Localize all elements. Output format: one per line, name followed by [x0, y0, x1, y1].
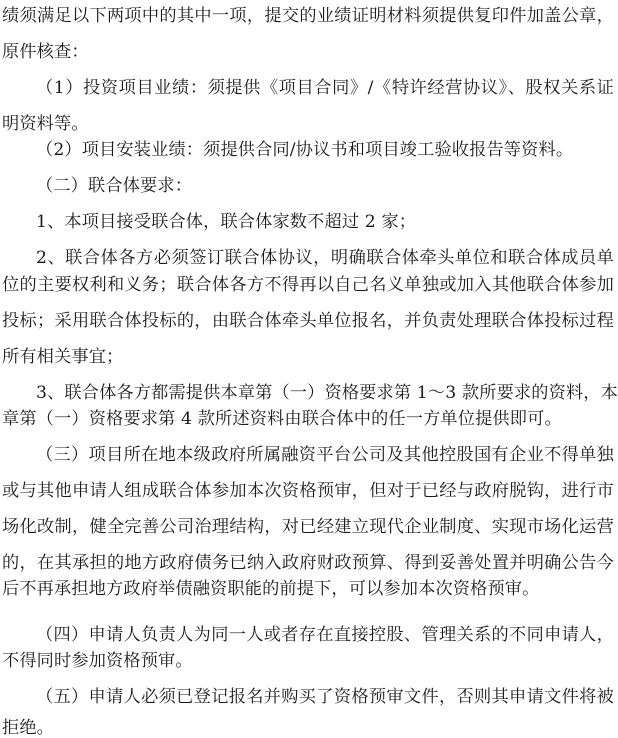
- text-line: 章第（一）资格要求第 4 款所述资料由联合体中的任一方单位提供即可。: [2, 409, 614, 429]
- text-line: （1）投资项目业绩：须提供《项目合同》/《特许经营协议》、股权关系证: [36, 78, 614, 98]
- text-line: （五）申请人必须已登记报名并购买了资格预审文件，否则其申请文件将被: [36, 687, 614, 707]
- text-line: 原件核查：: [2, 42, 614, 62]
- text-line: （2）项目安装业绩：须提供合同/协议书和项目竣工验收报告等资料。: [36, 140, 614, 160]
- text-line: 不得同时参加资格预审。: [2, 651, 614, 671]
- text-line: （四）申请人负责人为同一人或者存在直接控股、管理关系的不同申请人，: [36, 625, 614, 645]
- text-line: 所有相关事宜；: [2, 347, 614, 367]
- text-line: 绩须满足以下两项中的其中一项，提交的业绩证明材料须提供复印件加盖公章，: [2, 6, 614, 26]
- text-line: 场化改制，健全完善公司治理结构，对已经建立现代企业制度、实现市场化运营: [2, 517, 614, 537]
- text-line: 投标；采用联合体投标的，由联合体牵头单位报名，并负责处理联合体投标过程: [2, 311, 614, 331]
- text-line: 3、联合体各方都需提供本章第（一）资格要求第 1～3 款所要求的资料，本: [36, 383, 614, 403]
- text-line: 的，在其承担的地方政府债务已纳入政府财政预算、得到妥善处置并明确公告今: [2, 553, 614, 573]
- section-heading: （二）联合体要求：: [36, 176, 614, 196]
- document-page: 绩须满足以下两项中的其中一项，提交的业绩证明材料须提供复印件加盖公章， 原件核查…: [0, 0, 618, 738]
- text-line: 或与其他申请人组成联合体参加本次资格预审，但对于已经与政府脱钩，进行市: [2, 481, 614, 501]
- text-line: 位的主要权利和义务；联合体各方不得再以自己名义单独或加入其他联合体参加: [2, 275, 614, 295]
- text-line: 1、本项目接受联合体，联合体家数不超过 2 家；: [36, 212, 614, 232]
- text-line: 拒绝。: [2, 718, 614, 738]
- text-line: 明资料等。: [2, 114, 614, 134]
- text-line: 后不再承担地方政府举债融资职能的前提下，可以参加本次资格预审。: [2, 579, 614, 599]
- text-line: 2、联合体各方必须签订联合体协议，明确联合体牵头单位和联合体成员单: [36, 248, 614, 268]
- text-line: （三）项目所在地本级政府所属融资平台公司及其他控股国有企业不得单独: [36, 445, 614, 465]
